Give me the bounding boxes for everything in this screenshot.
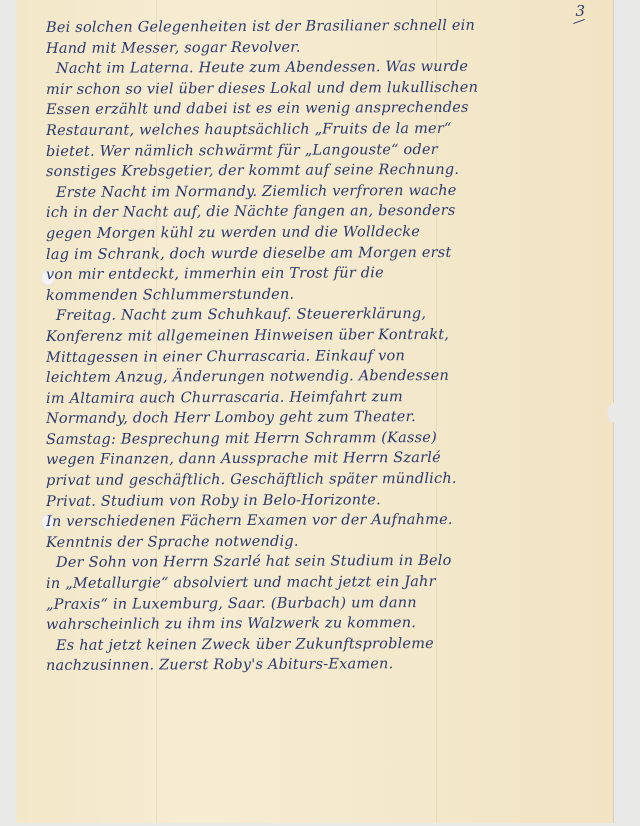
torn-edge [607, 400, 617, 422]
text-line: In verschiedenen Fächern Examen vor der … [46, 509, 606, 533]
text-line: von mir entdeckt, immerhin ein Trost für… [46, 262, 606, 286]
text-line: Essen erzählt und dabei ist es ein wenig… [46, 97, 606, 121]
text-line: Bei solchen Gelegenheiten ist der Brasil… [46, 15, 606, 39]
text-line: wahrscheinlich zu ihm ins Walzwerk zu ko… [46, 612, 606, 636]
handwritten-text: Bei solchen Gelegenheiten ist der Brasil… [46, 18, 606, 677]
text-line: Restaurant, welches hauptsächlich „Fruit… [46, 118, 606, 142]
text-line: privat und geschäftlich. Geschäftlich sp… [46, 468, 606, 492]
text-line: sonstiges Krebsgetier, der kommt auf sei… [46, 159, 606, 183]
text-line: in „Metallurgie“ absolviert und macht je… [46, 571, 606, 595]
text-line: Normandy, doch Herr Lomboy geht zum Thea… [46, 406, 606, 430]
text-line: Der Sohn von Herrn Szarlé hat sein Studi… [46, 551, 606, 575]
text-line: leichtem Anzug, Änderungen notwendig. Ab… [46, 365, 606, 389]
text-line: ich in der Nacht auf, die Nächte fangen … [46, 200, 606, 224]
text-line: nachzusinnen. Zuerst Roby's Abiturs-Exam… [46, 653, 606, 677]
text-line: Konferenz mit allgemeinen Hinweisen über… [46, 324, 606, 348]
text-line: gegen Morgen kühl zu werden und die Woll… [46, 221, 606, 245]
text-line: Freitag. Nacht zum Schuhkauf. Steuererkl… [46, 303, 606, 327]
text-line: Nacht im Laterna. Heute zum Abendessen. … [46, 56, 606, 80]
letter-page: 3 Bei solchen Gelegenheiten ist der Bras… [16, 0, 613, 823]
